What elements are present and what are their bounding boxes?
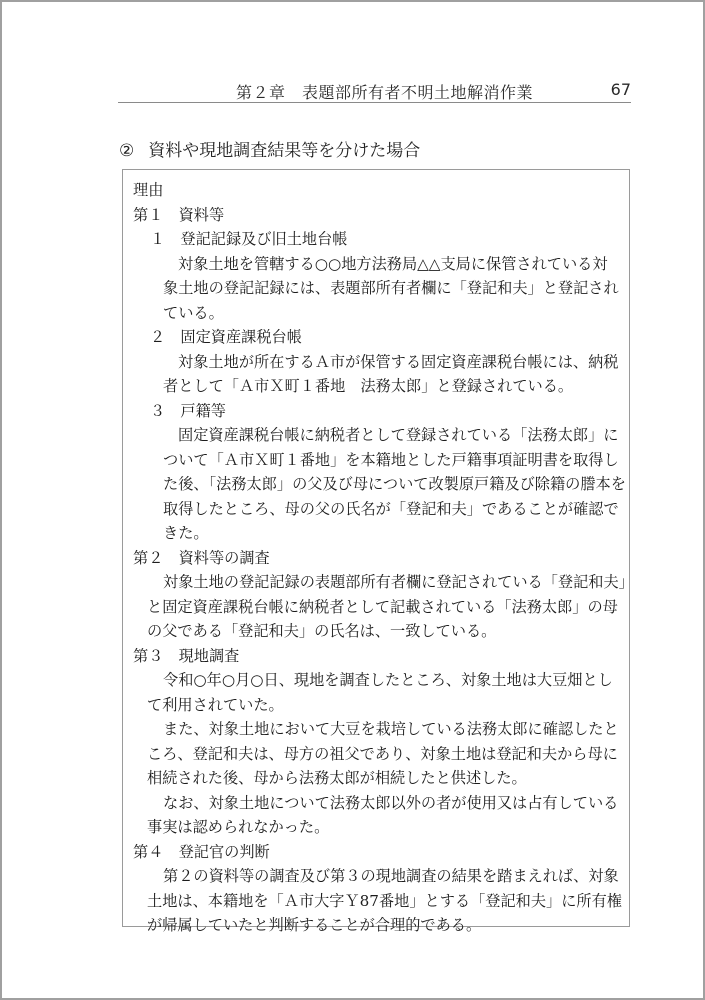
section-heading: ②資料や現地調査結果等を分けた場合 xyxy=(119,136,420,161)
text-line: と固定資産課税台帳に納税者として記載されている「法務太郎」の母 xyxy=(147,597,618,617)
text-line: 者として「Ａ市Ｘ町１番地 法務太郎」と登録されている。 xyxy=(163,376,573,396)
text-line: ついて「Ａ市Ｘ町１番地」を本籍地とした戸籍事項証明書を取得し xyxy=(163,450,619,470)
text-line: 令和○年○月○日、現地を調査したところ、対象土地は大豆畑とし xyxy=(163,670,613,690)
text-line: ２ 固定資産課税台帳 xyxy=(150,327,302,347)
text-line: 第４ 登記官の判断 xyxy=(133,842,270,862)
text-line: 対象土地の登記記録の表題部所有者欄に登記されている「登記和夫」 xyxy=(163,572,634,592)
text-line: 対象土地を管轄する○○地方法務局△△支局に保管されている対 xyxy=(178,254,608,274)
text-line: １ 登記記録及び旧土地台帳 xyxy=(150,229,347,249)
text-line: の父である「登記和夫」の氏名は、一致している。 xyxy=(147,621,496,641)
text-line: ている。 xyxy=(163,303,224,323)
section-number: ② xyxy=(119,141,134,161)
text-line: 相続された後、母から法務太郎が相続したと供述した。 xyxy=(147,768,527,788)
text-line: 第２ 資料等の調査 xyxy=(133,548,270,568)
text-line: ころ、登記和夫は、母方の祖父であり、対象土地は登記和夫から母に xyxy=(147,744,618,764)
page: 第２章 表題部所有者不明土地解消作業 67 ②資料や現地調査結果等を分けた場合 … xyxy=(0,0,705,1000)
section-title: 資料や現地調査結果等を分けた場合 xyxy=(148,141,420,161)
text-line: 固定資産課税台帳に納税者として登録されている「法務太郎」に xyxy=(178,425,618,445)
reason-box: 理由第１ 資料等１ 登記記録及び旧土地台帳対象土地を管轄する○○地方法務局△△支… xyxy=(122,169,630,927)
text-line: なお、対象土地について法務太郎以外の者が使用又は占有している xyxy=(163,793,618,813)
page-number: 67 xyxy=(611,80,631,99)
text-line: て利用されていた。 xyxy=(147,695,284,715)
text-line: ３ 戸籍等 xyxy=(150,401,226,421)
text-line: きた。 xyxy=(163,523,209,543)
chapter-title: 第２章 表題部所有者不明土地解消作業 xyxy=(236,80,533,103)
text-line: 第１ 資料等 xyxy=(133,205,224,225)
text-line: が帰属していたと判断することが合理的である。 xyxy=(147,915,481,935)
running-header: 第２章 表題部所有者不明土地解消作業 67 xyxy=(118,74,631,103)
text-line: また、対象土地において大豆を栽培している法務太郎に確認したと xyxy=(163,719,619,739)
text-line: 土地は、本籍地を「Ａ市大字Ｙ87番地」とする「登記和夫」に所有権 xyxy=(147,891,622,911)
text-line: 事実は認められなかった。 xyxy=(147,817,329,837)
text-line: 第２の資料等の調査及び第３の現地調査の結果を踏まえれば、対象 xyxy=(163,866,619,886)
text-line: 象土地の登記記録には、表題部所有者欄に「登記和夫」と登記され xyxy=(163,278,619,298)
text-line: 理由 xyxy=(133,180,163,200)
text-line: た後、「法務太郎」の父及び母について改製原戸籍及び除籍の謄本を xyxy=(163,474,626,494)
text-line: 対象土地が所在するＡ市が保管する固定資産課税台帳には、納税 xyxy=(178,352,618,372)
text-line: 第３ 現地調査 xyxy=(133,646,239,666)
text-line: 取得したところ、母の父の氏名が「登記和夫」であることが確認で xyxy=(163,499,619,519)
